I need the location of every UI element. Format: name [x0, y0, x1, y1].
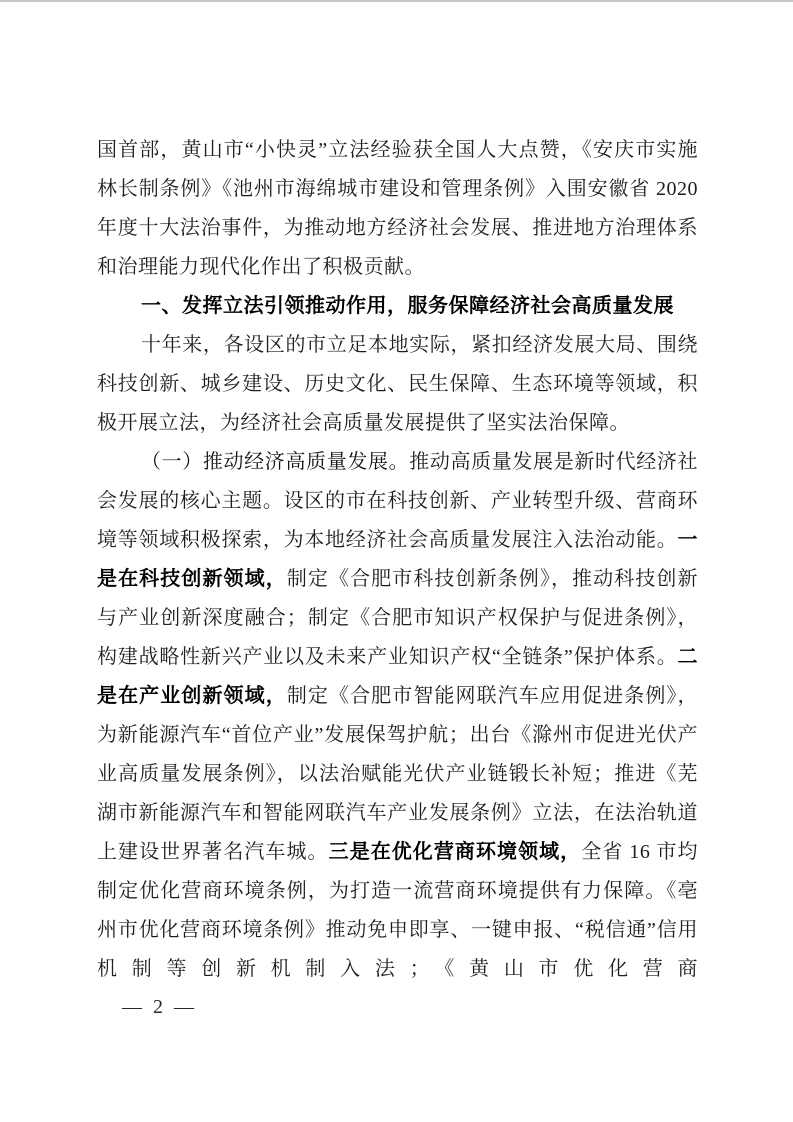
heading-text: 一、发挥立法引领推动作用，服务保障经济社会高质量发展 [141, 295, 674, 317]
paragraph-overview: 十年来，各设区的市立足本地实际，紧扣经济发展大局、围绕科技创新、城乡建设、历史文… [97, 326, 698, 443]
document-content: 国首部，黄山市“小快灵”立法经验获全国人大点赞，《安庆市实施林长制条例》《池州市… [97, 131, 698, 989]
page-number: — 2 — [122, 996, 197, 1019]
emphasis-run-business-environment: 三是在优化营商环境领域， [329, 841, 582, 863]
text-run: 十年来，各设区的市立足本地实际，紧扣经济发展大局、围绕科技创新、城乡建设、历史文… [97, 334, 698, 434]
section-heading: 一、发挥立法引领推动作用，服务保障经济社会高质量发展 [97, 287, 698, 326]
text-run: 制定《合肥市智能网联汽车应用促进条例》，为新能源汽车“首位产业”发展保驾护航；出… [97, 685, 698, 863]
text-run: 国首部，黄山市“小快灵”立法经验获全国人大点赞，《安庆市实施林长制条例》《池州市… [97, 139, 698, 278]
subsection-label-kaiti: （一）推动经济高质量发展。 [141, 451, 409, 473]
document-page: 国首部，黄山市“小快灵”立法经验获全国人大点赞，《安庆市实施林长制条例》《池州市… [0, 0, 793, 1122]
scan-edge-artifact [0, 0, 793, 2]
paragraph-economy-high-quality: （一）推动经济高质量发展。推动高质量发展是新时代经济社会发展的核心主题。设区的市… [97, 443, 698, 989]
paragraph-continued-from-previous-page: 国首部，黄山市“小快灵”立法经验获全国人大点赞，《安庆市实施林长制条例》《池州市… [97, 131, 698, 287]
